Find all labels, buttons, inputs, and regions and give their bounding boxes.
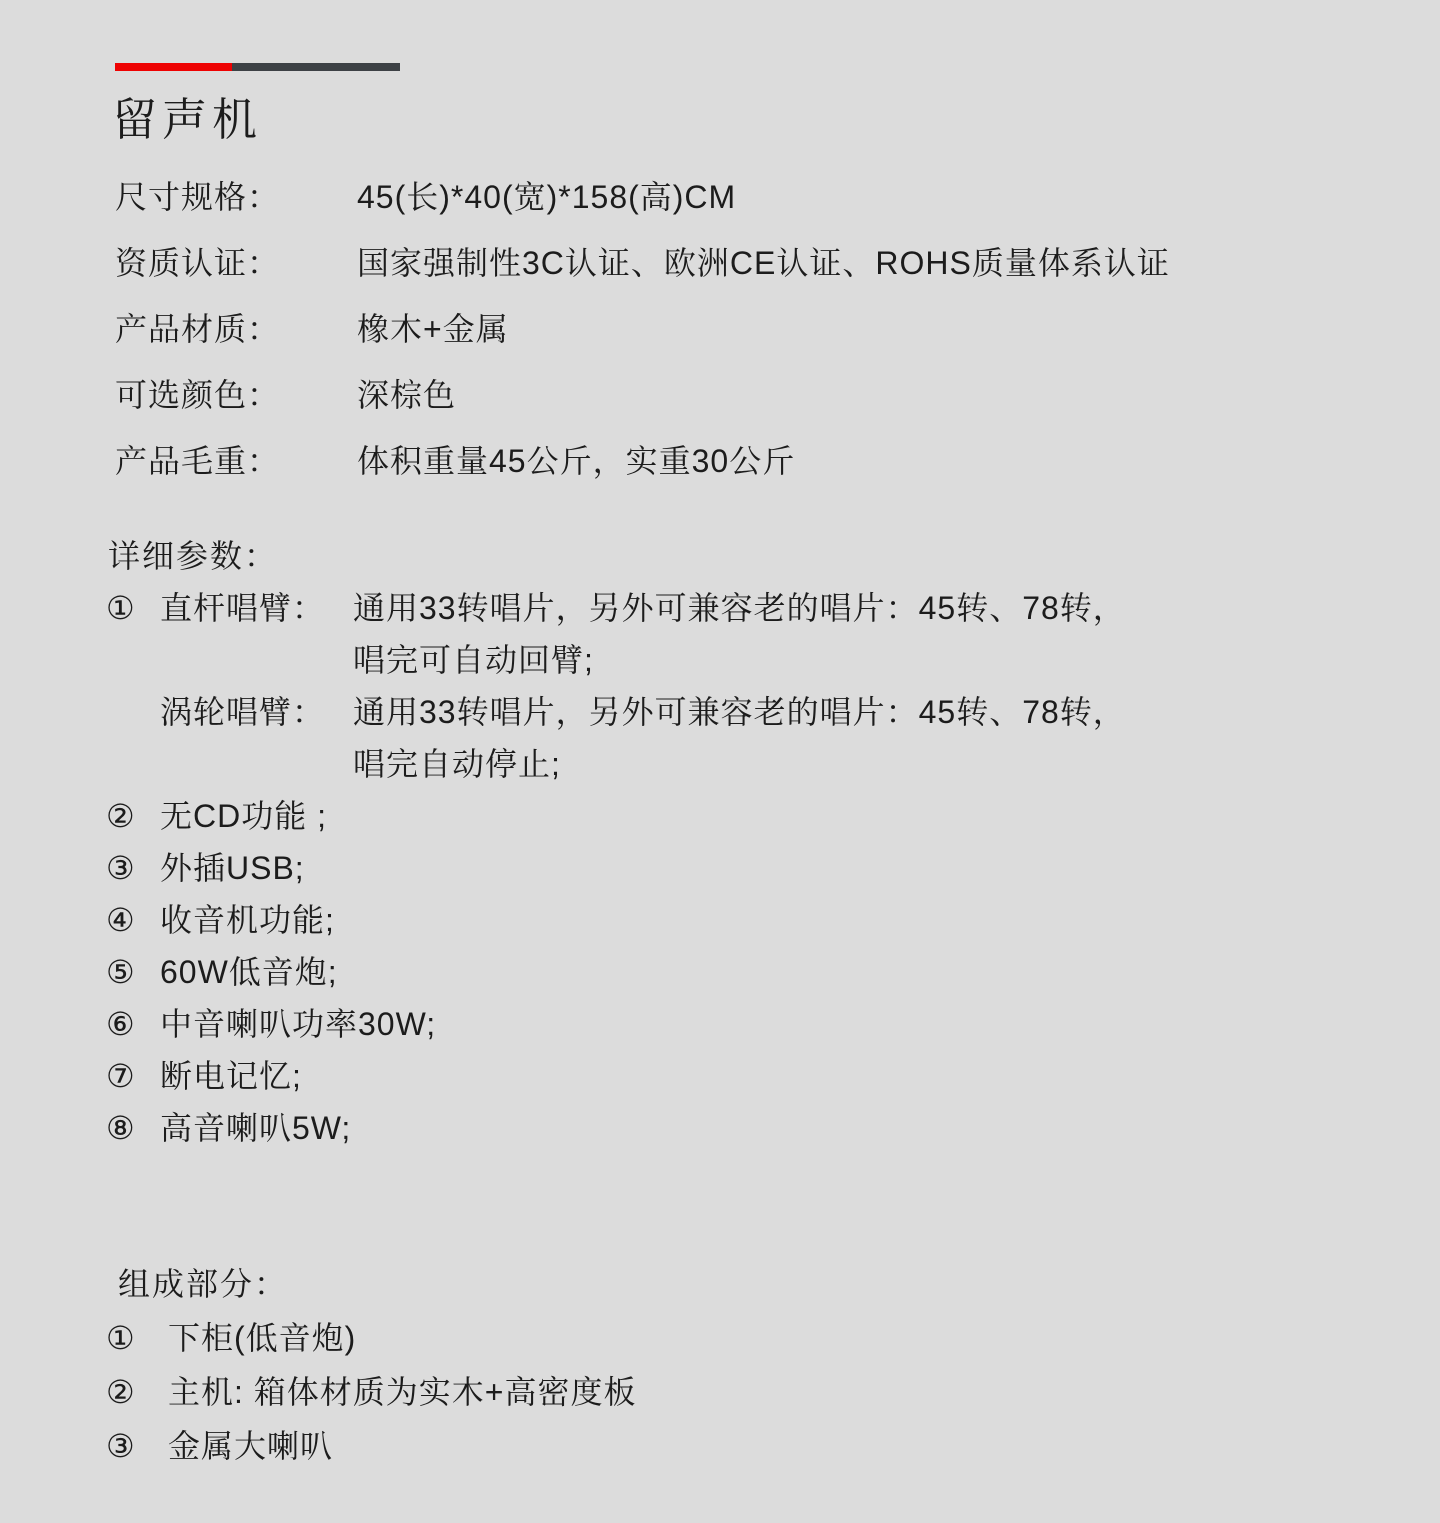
detail-row-turbine-tonearm: 涡轮唱臂： 通用33转唱片，另外可兼容老的唱片：45转、78转， 唱完自动停止; [106, 686, 1400, 790]
detailed-parameters-section: 详细参数： ① 直杆唱臂： 通用33转唱片，另外可兼容老的唱片：45转、78转，… [106, 530, 1400, 1154]
detail-text-line: 通用33转唱片，另外可兼容老的唱片：45转、78转， [353, 686, 1126, 738]
detail-row-no-cd: ② 无CD功能 ; [106, 790, 1400, 842]
list-number: ③ [106, 1419, 168, 1473]
detail-row-subwoofer: ⑤ 60W低音炮; [106, 946, 1400, 998]
accent-divider [115, 63, 400, 71]
detail-text: 60W低音炮; [160, 946, 338, 998]
list-number: ⑥ [106, 998, 160, 1050]
detail-label: 涡轮唱臂： [160, 686, 353, 790]
spec-row-color: 可选颜色： 深棕色 [115, 379, 1400, 411]
spec-list: 尺寸规格： 45(长)*40(宽)*158(高)CM 资质认证： 国家强制性3C… [115, 181, 1400, 477]
list-number: ③ [106, 842, 160, 894]
spec-row-weight: 产品毛重： 体积重量45公斤，实重30公斤 [115, 445, 1400, 477]
component-text: 金属大喇叭 [168, 1419, 333, 1473]
detail-row-radio: ④ 收音机功能; [106, 894, 1400, 946]
detail-text: 断电记忆; [160, 1050, 302, 1102]
component-text: 下柜(低音炮) [168, 1311, 356, 1365]
detail-row-power-memory: ⑦ 断电记忆; [106, 1050, 1400, 1102]
accent-divider-dark-segment [232, 63, 400, 71]
spec-label: 可选颜色： [115, 379, 357, 411]
list-number: ① [106, 582, 160, 686]
list-number: ⑦ [106, 1050, 160, 1102]
spec-row-dimensions: 尺寸规格： 45(长)*40(宽)*158(高)CM [115, 181, 1400, 213]
spec-label: 尺寸规格： [115, 181, 357, 213]
list-number: ② [106, 1365, 168, 1419]
list-number: ⑧ [106, 1102, 160, 1154]
detail-row-midrange: ⑥ 中音喇叭功率30W; [106, 998, 1400, 1050]
detail-text-line: 唱完自动停止; [353, 738, 1126, 790]
spec-label: 产品材质： [115, 313, 357, 345]
components-section: 组成部分： ① 下柜(低音炮) ② 主机: 箱体材质为实木+高密度板 ③ 金属大… [106, 1257, 1400, 1473]
list-number: ④ [106, 894, 160, 946]
detail-text: 通用33转唱片，另外可兼容老的唱片：45转、78转， 唱完自动停止; [353, 686, 1126, 790]
detail-text: 通用33转唱片，另外可兼容老的唱片：45转、78转， 唱完可自动回臂; [353, 582, 1126, 686]
detail-label: 直杆唱臂： [160, 582, 353, 686]
component-text: 主机: 箱体材质为实木+高密度板 [168, 1365, 636, 1419]
spec-value: 深棕色 [357, 379, 456, 411]
spec-label: 产品毛重： [115, 445, 357, 477]
detail-text: 外插USB; [160, 842, 305, 894]
product-spec-page: 留声机 尺寸规格： 45(长)*40(宽)*158(高)CM 资质认证： 国家强… [0, 0, 1440, 1523]
spec-value: 橡木+金属 [357, 313, 509, 345]
components-heading: 组成部分： [118, 1257, 1400, 1311]
list-number [106, 686, 160, 790]
component-row-metal-horn: ③ 金属大喇叭 [106, 1419, 1400, 1473]
list-number: ① [106, 1311, 168, 1365]
spec-value: 国家强制性3C认证、欧洲CE认证、ROHS质量体系认证 [357, 247, 1170, 279]
spec-content: 留声机 尺寸规格： 45(长)*40(宽)*158(高)CM 资质认证： 国家强… [0, 0, 1440, 1473]
detail-text: 中音喇叭功率30W; [160, 998, 436, 1050]
detail-text-line: 通用33转唱片，另外可兼容老的唱片：45转、78转， [353, 582, 1126, 634]
detail-row-tweeter: ⑧ 高音喇叭5W; [106, 1102, 1400, 1154]
detail-text: 收音机功能; [160, 894, 335, 946]
accent-divider-red-segment [115, 63, 232, 71]
spec-row-certification: 资质认证： 国家强制性3C认证、欧洲CE认证、ROHS质量体系认证 [115, 247, 1400, 279]
spec-value: 体积重量45公斤，实重30公斤 [357, 445, 795, 477]
spec-label: 资质认证： [115, 247, 357, 279]
detail-row-straight-tonearm: ① 直杆唱臂： 通用33转唱片，另外可兼容老的唱片：45转、78转， 唱完可自动… [106, 582, 1400, 686]
component-row-lower-cabinet: ① 下柜(低音炮) [106, 1311, 1400, 1365]
page-title: 留声机 [112, 95, 1400, 145]
detail-text: 无CD功能 ; [160, 790, 327, 842]
spec-value: 45(长)*40(宽)*158(高)CM [357, 181, 736, 213]
list-number: ② [106, 790, 160, 842]
detail-row-usb: ③ 外插USB; [106, 842, 1400, 894]
list-number: ⑤ [106, 946, 160, 998]
detail-text-line: 唱完可自动回臂; [353, 634, 1126, 686]
spec-row-material: 产品材质： 橡木+金属 [115, 313, 1400, 345]
component-row-main-unit: ② 主机: 箱体材质为实木+高密度板 [106, 1365, 1400, 1419]
detail-text: 高音喇叭5W; [160, 1102, 351, 1154]
detailed-parameters-heading: 详细参数： [108, 530, 1400, 582]
